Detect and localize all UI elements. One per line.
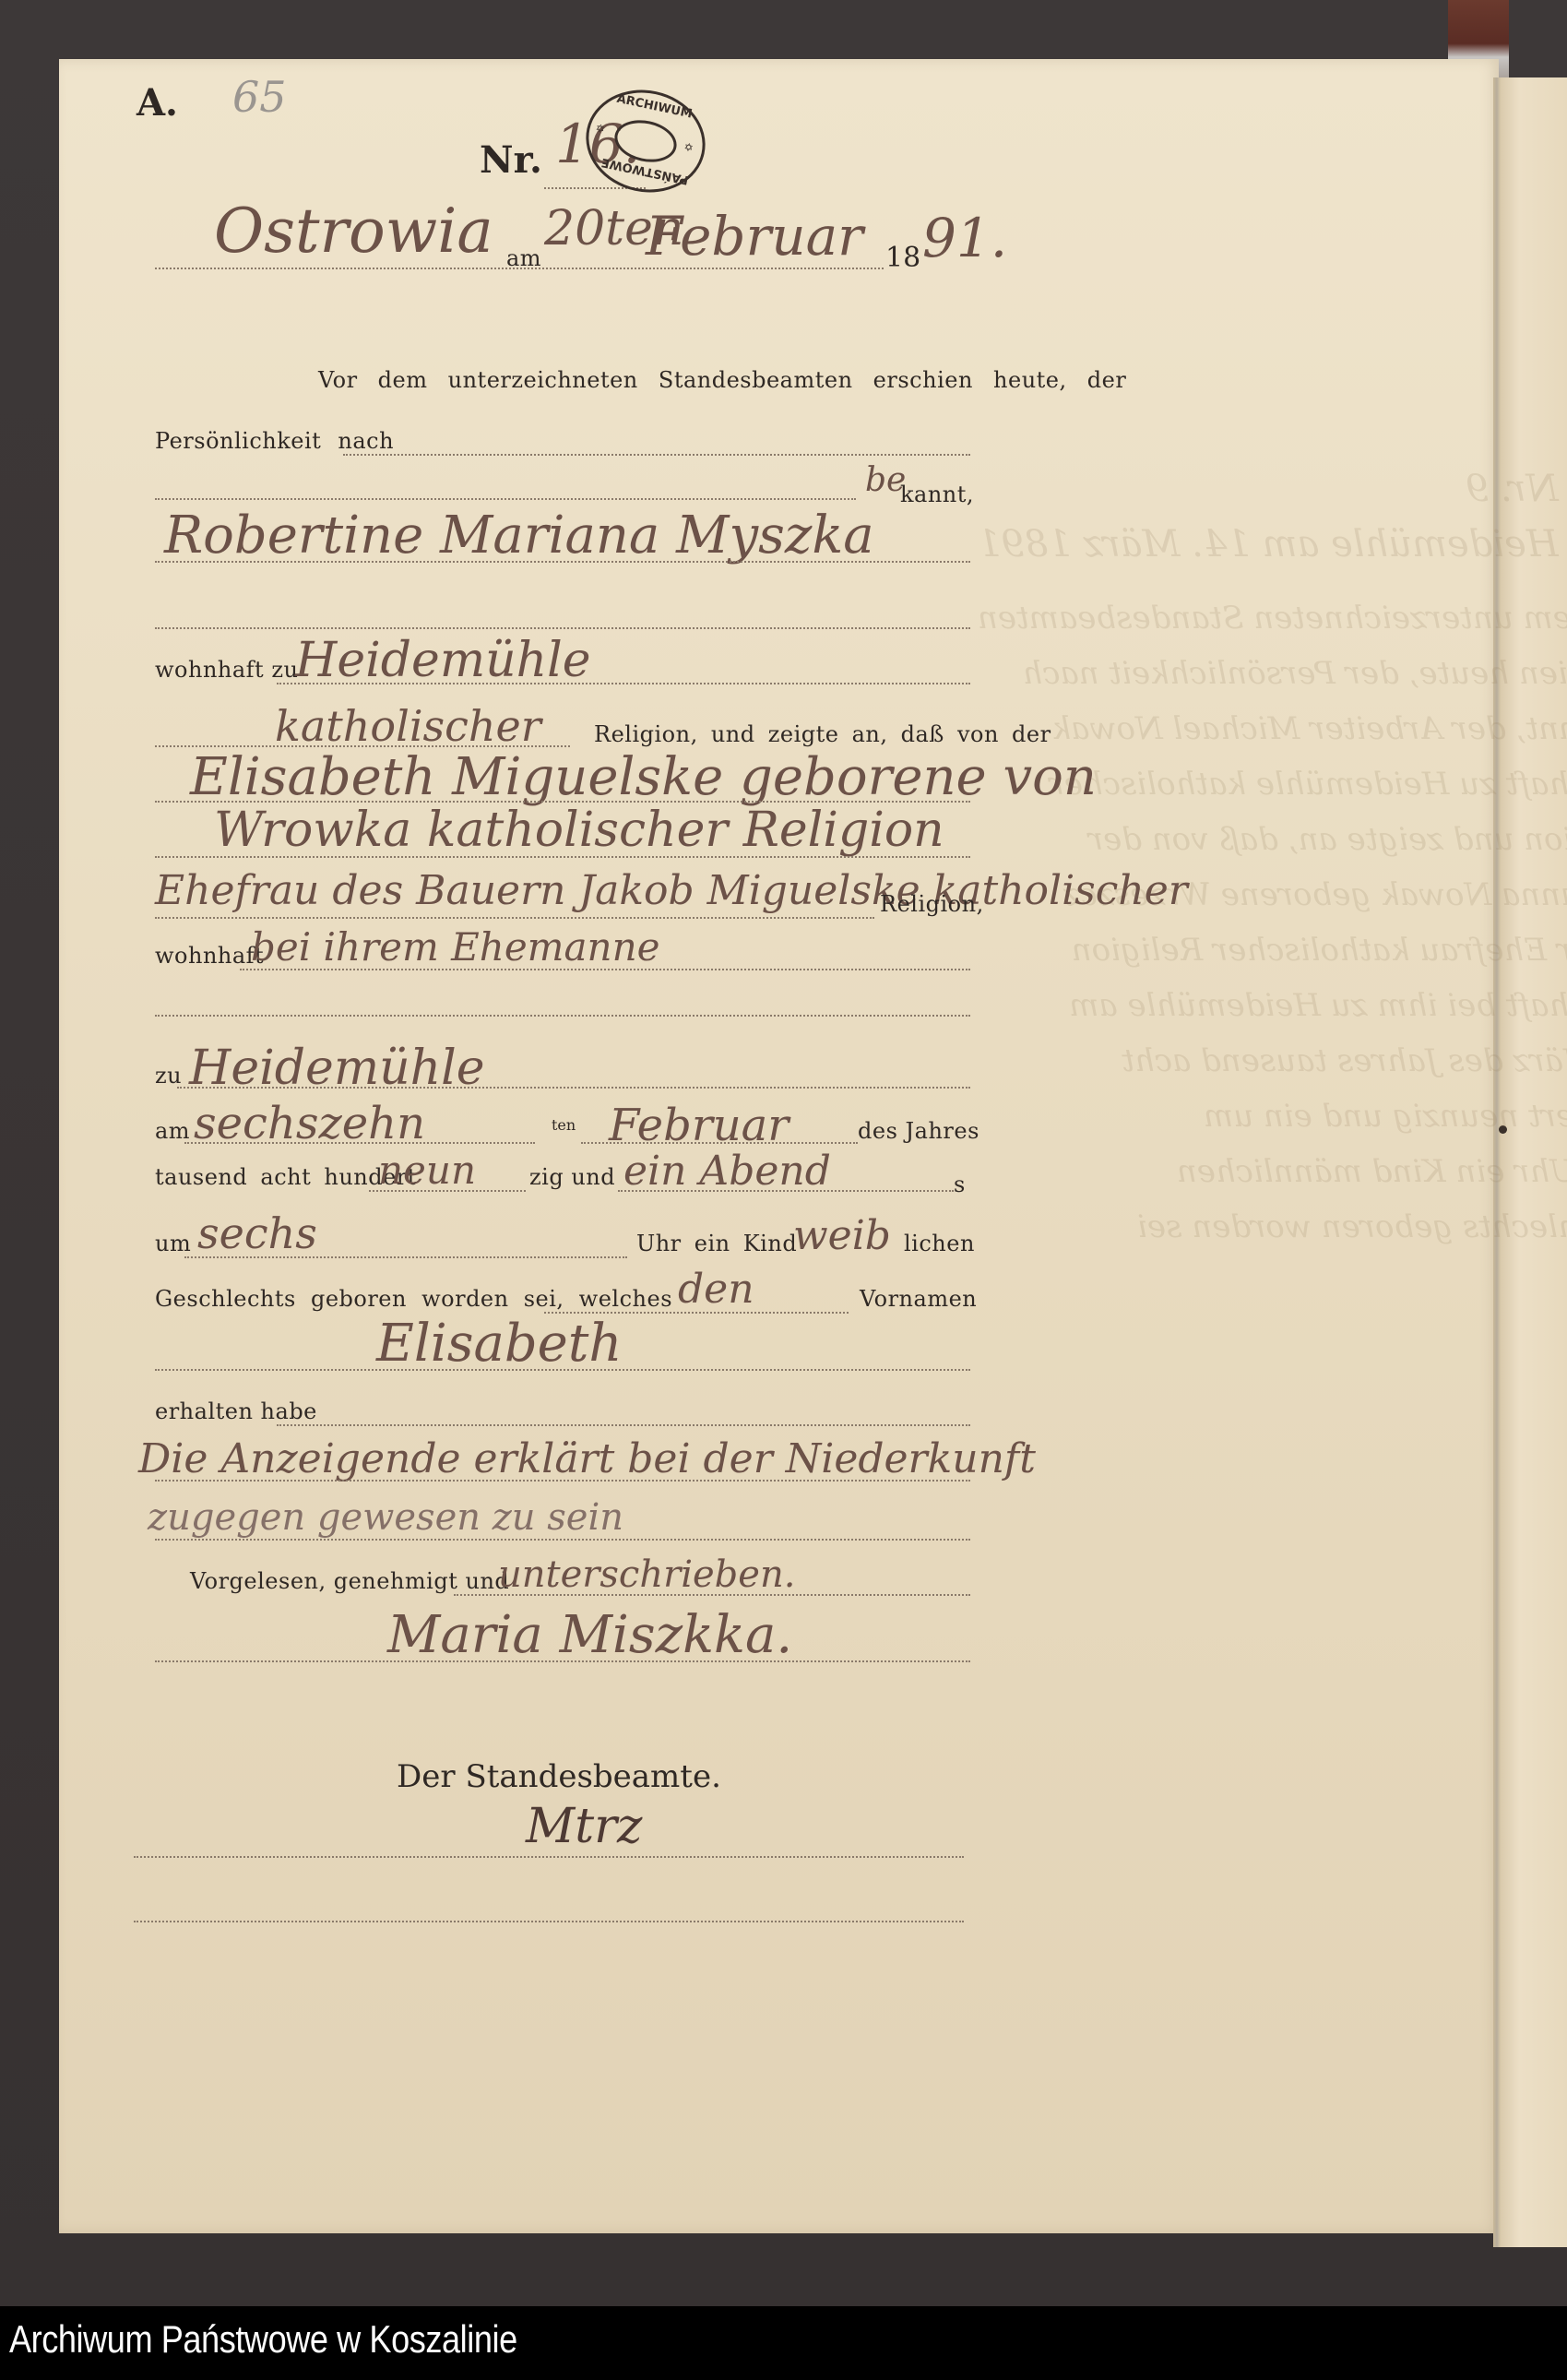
printed-persoenlichkeit: Persönlichkeit nach — [155, 428, 394, 454]
printed-line-intro: Vor dem unterzeichneten Standesbeamten e… — [318, 367, 1126, 393]
printed-erhalten: erhalten habe — [155, 1398, 317, 1424]
printed-lichen: lichen — [904, 1231, 975, 1256]
place-handwritten: Ostrowia — [214, 196, 493, 267]
wohnhaft-zu-line — [277, 683, 970, 684]
remark-line-1: Die Anzeigende erklärt bei der Niederkun… — [138, 1435, 1036, 1482]
star-icon: ✡ — [683, 140, 694, 155]
printed-um: um — [155, 1231, 191, 1256]
child-sex: weib — [793, 1212, 891, 1259]
year-units-time: ein Abend — [623, 1148, 831, 1195]
printed-religion-2: Religion, — [880, 891, 984, 917]
signature-line — [155, 1660, 970, 1662]
official-signature: Mtrz — [526, 1799, 642, 1854]
record-label: Nr. — [480, 138, 542, 182]
residence-informant: Heidemühle — [295, 633, 591, 688]
printed-zig-und: zig und — [529, 1164, 615, 1190]
religion-informant: katholischer — [275, 701, 541, 751]
kannt-line — [155, 498, 856, 500]
husband-line — [155, 917, 874, 919]
blank-line-1 — [155, 627, 970, 629]
informant-line — [155, 561, 970, 563]
archive-footer-bar: Archiwum Państwowe w Koszalinie — [0, 2306, 1567, 2380]
printed-des-jahres: des Jahres — [858, 1118, 979, 1144]
der-handwritten: den — [678, 1266, 754, 1313]
printed-geschlechts: Geschlechts geboren worden sei, welches — [155, 1286, 672, 1312]
printed-ten: ten — [552, 1116, 576, 1134]
printed-vornamen: Vornamen — [860, 1286, 977, 1312]
date-line — [155, 268, 884, 269]
official-line-1 — [134, 1856, 964, 1858]
mother-name: Elisabeth Miguelske geborene von — [190, 747, 1097, 807]
year-prefix: 18 — [885, 242, 920, 274]
month-line — [581, 1142, 858, 1144]
printed-vorgelesen: Vorgelesen, genehmigt und — [190, 1568, 509, 1594]
blank-line-2 — [155, 1015, 970, 1017]
child-name-line — [155, 1369, 970, 1371]
persoenlichkeit-line — [343, 454, 970, 456]
date-month: Februar — [646, 205, 863, 268]
printed-religion-zeigte: Religion, und zeigte an, daß von der — [594, 721, 1051, 747]
remark-line-2: zugegen gewesen zu sein — [148, 1496, 623, 1539]
page-marker: A. — [137, 81, 178, 125]
bleed-through-heading: Nr. 9 Heidemühle am 14. März 1891 — [978, 461, 1559, 572]
archive-name: Archiwum Państwowe w Koszalinie — [9, 2317, 517, 2362]
birth-hour: sechs — [197, 1208, 317, 1258]
printed-am: am — [155, 1118, 190, 1144]
printed-wohnhaft: wohnhaft — [155, 943, 264, 969]
wohnhaft-line — [240, 969, 970, 970]
star-icon: ✡ — [594, 122, 606, 137]
printed-s: s — [954, 1172, 966, 1197]
printed-uhr-kind: Uhr ein Kind — [636, 1231, 797, 1256]
printed-kannt: kannt, — [900, 482, 974, 507]
bleed-through-text: Vor dem unterzeichneten Standesbeamten e… — [978, 590, 1567, 1255]
informant-signature: Maria Miszkka. — [387, 1605, 792, 1665]
mother-maiden-name: Wrowka katholischer Religion — [214, 803, 944, 858]
um-line — [184, 1256, 627, 1258]
erhalten-line — [277, 1424, 970, 1426]
year-tens: neun — [378, 1148, 476, 1193]
vorgelesen-handwritten: unterschrieben. — [498, 1553, 795, 1596]
year-suffix: 91. — [922, 207, 1007, 269]
printed-wohnhaft-zu: wohnhaft zu — [155, 657, 298, 683]
residence-mother: bei ihrem Ehemanne — [251, 924, 660, 970]
printed-zu: zu — [155, 1063, 182, 1089]
zig-line — [618, 1190, 954, 1192]
zu-line — [177, 1087, 970, 1089]
am-line — [184, 1142, 535, 1144]
remark-line-1-rule — [155, 1480, 970, 1482]
page-number-pencil: 65 — [232, 72, 287, 122]
mother-maiden-line — [155, 856, 970, 858]
informant-name: Robertine Mariana Myszka — [164, 506, 874, 565]
remark-line-2-rule — [155, 1539, 970, 1541]
official-title: Der Standesbeamte. — [397, 1758, 721, 1795]
tausend-line — [369, 1190, 526, 1192]
official-line-2 — [134, 1921, 964, 1922]
vorgelesen-line — [454, 1594, 970, 1596]
child-name: Elisabeth — [376, 1314, 622, 1374]
husband-name: Ehefrau des Bauern Jakob Miguelske katho… — [155, 867, 1188, 914]
